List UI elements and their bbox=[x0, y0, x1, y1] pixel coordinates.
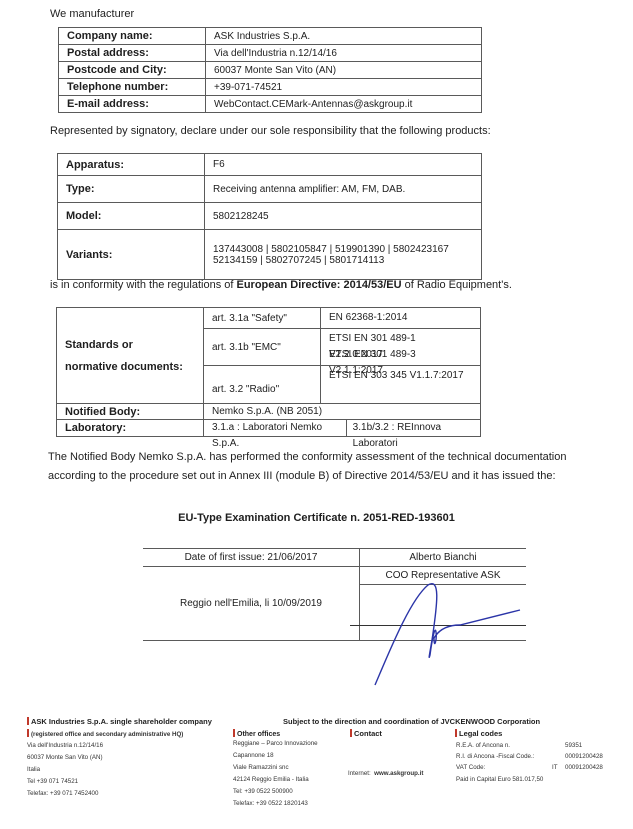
legal-heading: Legal codes bbox=[455, 729, 502, 738]
legal-value: 00091200428 bbox=[565, 753, 603, 760]
internet-label: Internet: bbox=[348, 770, 371, 777]
table-row: Apparatus:F6 bbox=[58, 154, 482, 176]
accent-bar bbox=[27, 729, 29, 737]
table-row: Company name:ASK Industries S.p.A. bbox=[59, 28, 482, 45]
legal-prefix: IT bbox=[552, 764, 558, 771]
table-row: Date of first issue: 21/06/2017 Alberto … bbox=[143, 549, 526, 567]
company-name-label: Company name: bbox=[59, 28, 206, 45]
registered-heading: (registered office and secondary adminis… bbox=[27, 729, 183, 738]
registered-line: Via dell'Industria n.12/14/16 bbox=[27, 742, 103, 749]
email-label: E-mail address: bbox=[59, 96, 206, 113]
norm-item: EN 62368-1:2014 bbox=[329, 310, 472, 326]
legal-label: R.I. di Ancona -Fiscal Code.: bbox=[456, 753, 534, 760]
legal-heading-text: Legal codes bbox=[459, 729, 502, 738]
postcode-city-label: Postcode and City: bbox=[59, 62, 206, 79]
apparatus-label: Apparatus: bbox=[58, 154, 205, 176]
laboratory-label: Laboratory: bbox=[57, 420, 204, 437]
postal-address-label: Postal address: bbox=[59, 45, 206, 62]
internet-link[interactable]: www.askgroup.it bbox=[374, 770, 423, 777]
legal-value: 00091200428 bbox=[565, 764, 603, 771]
laboratory-value-1: 3.1.a : Laboratori Nemko S.p.A. bbox=[204, 420, 347, 436]
declaration-text: Represented by signatory, declare under … bbox=[50, 125, 491, 137]
legal-value: 59351 bbox=[565, 742, 582, 749]
notified-body-value: Nemko S.p.A. (NB 2051) bbox=[204, 404, 481, 420]
accent-bar bbox=[455, 729, 457, 737]
certificate-title: EU-Type Examination Certificate n. 2051-… bbox=[0, 512, 633, 524]
norm-radio: ETSI EN 303 345 V1.1.7:2017 bbox=[321, 366, 481, 404]
handwritten-signature bbox=[360, 580, 540, 690]
telephone-label: Telephone number: bbox=[59, 79, 206, 96]
standards-table: Standards ornormative documents: art. 3.… bbox=[56, 307, 481, 437]
registered-line: 60037 Monte San Vito (AN) bbox=[27, 754, 103, 761]
table-row: Postcode and City:60037 Monte San Vito (… bbox=[59, 62, 482, 79]
table-row: Notified Body: Nemko S.p.A. (NB 2051) bbox=[57, 404, 481, 420]
conformity-suffix: of Radio Equipment's. bbox=[402, 279, 512, 291]
laboratory-values: 3.1.a : Laboratori Nemko S.p.A. 3.1b/3.2… bbox=[204, 420, 481, 437]
standards-label-line-1: Standards or bbox=[65, 334, 195, 356]
apparatus-value: F6 bbox=[205, 154, 482, 176]
intro-text: We manufacturer bbox=[50, 8, 134, 20]
article-emc: art. 3.1b "EMC" bbox=[204, 329, 321, 366]
norm-item: ETSI EN 301 489-1 V2.2.0:2017 bbox=[329, 331, 472, 347]
legal-label: R.E.A. of Ancona n. bbox=[456, 742, 510, 749]
other-offices-heading-text: Other offices bbox=[237, 731, 280, 738]
other-office-line: Tel: +39 0522 500900 bbox=[233, 788, 293, 795]
model-label: Model: bbox=[58, 203, 205, 230]
type-value: Receiving antenna amplifier: AM, FM, DAB… bbox=[205, 176, 482, 203]
email-value: WebContact.CEMark-Antennas@askgroup.it bbox=[206, 96, 482, 113]
variants-value: 137443008 | 5802105847 | 519901390 | 580… bbox=[205, 230, 482, 280]
standards-label-line-2: normative documents: bbox=[65, 356, 195, 378]
table-row: Model:5802128245 bbox=[58, 203, 482, 230]
type-label: Type: bbox=[58, 176, 205, 203]
footer-subject-line: Subject to the direction and coordinatio… bbox=[283, 717, 540, 726]
other-office-line: Reggiane – Parco Innovazione bbox=[233, 740, 318, 747]
norm-item: ETSI EN 301 489-3 V2.1.1:2017 bbox=[329, 347, 472, 363]
article-safety: art. 3.1a "Safety" bbox=[204, 308, 321, 329]
conformity-prefix: is in conformity with the regulations of bbox=[50, 279, 236, 291]
company-line-text: ASK Industries S.p.A. single shareholder… bbox=[31, 717, 212, 726]
other-office-line: Viale Ramazzini snc bbox=[233, 764, 289, 771]
signer-name: Alberto Bianchi bbox=[360, 549, 527, 567]
table-row: Standards ornormative documents: art. 3.… bbox=[57, 308, 481, 329]
paid-in-capital: Paid in Capital Euro 581.017,50 bbox=[456, 776, 543, 783]
signature-stroke bbox=[375, 584, 520, 685]
assessment-line-2: according to the procedure set out in An… bbox=[48, 470, 556, 482]
contact-heading: Contact bbox=[350, 729, 382, 738]
other-office-line: 42124 Reggio Emilia - Italia bbox=[233, 776, 309, 783]
notified-body-label: Notified Body: bbox=[57, 404, 204, 420]
table-row: Type:Receiving antenna amplifier: AM, FM… bbox=[58, 176, 482, 203]
standards-label: Standards ornormative documents: bbox=[57, 308, 204, 404]
variants-line-2: 52134159 | 5802707245 | 5801714113 bbox=[213, 255, 473, 266]
article-radio: art. 3.2 "Radio" bbox=[204, 366, 321, 404]
internet-contact: Internet: www.askgroup.it bbox=[348, 770, 423, 777]
other-office-line: Capannone 18 bbox=[233, 752, 274, 759]
other-office-line: Telefax: +39 0522 1820143 bbox=[233, 800, 308, 807]
postal-address-value: Via dell'Industria n.12/14/16 bbox=[206, 45, 482, 62]
table-row: Variants:137443008 | 5802105847 | 519901… bbox=[58, 230, 482, 280]
place-date: Reggio nell'Emilia, li 10/09/2019 bbox=[143, 567, 360, 641]
telephone-value: +39-071-74521 bbox=[206, 79, 482, 96]
assessment-line-1: The Notified Body Nemko S.p.A. has perfo… bbox=[48, 451, 566, 463]
norm-item: ETSI EN 303 345 V1.1.7:2017 bbox=[329, 368, 472, 384]
variants-label: Variants: bbox=[58, 230, 205, 280]
norm-emc: ETSI EN 301 489-1 V2.2.0:2017ETSI EN 301… bbox=[321, 329, 481, 366]
contact-heading-text: Contact bbox=[354, 729, 382, 738]
table-row: E-mail address:WebContact.CEMark-Antenna… bbox=[59, 96, 482, 113]
postcode-city-value: 60037 Monte San Vito (AN) bbox=[206, 62, 482, 79]
registered-heading-text: (registered office and secondary adminis… bbox=[31, 731, 183, 738]
table-row: Telephone number:+39-071-74521 bbox=[59, 79, 482, 96]
norm-safety: EN 62368-1:2014 bbox=[321, 308, 481, 329]
table-row: Postal address:Via dell'Industria n.12/1… bbox=[59, 45, 482, 62]
footer-company-line: ASK Industries S.p.A. single shareholder… bbox=[27, 717, 212, 726]
date-first-issue: Date of first issue: 21/06/2017 bbox=[143, 549, 360, 567]
legal-label: VAT Code: bbox=[456, 764, 485, 771]
product-table: Apparatus:F6 Type:Receiving antenna ampl… bbox=[57, 153, 482, 280]
registered-line: Italia bbox=[27, 766, 40, 773]
directive-name: European Directive: 2014/53/EU bbox=[236, 279, 401, 291]
company-name-value: ASK Industries S.p.A. bbox=[206, 28, 482, 45]
table-row: Laboratory: 3.1.a : Laboratori Nemko S.p… bbox=[57, 420, 481, 437]
conformity-text: is in conformity with the regulations of… bbox=[50, 279, 512, 291]
other-offices-heading: Other offices bbox=[233, 729, 280, 738]
accent-bar bbox=[233, 729, 235, 737]
accent-bar bbox=[27, 717, 29, 725]
registered-line: Tel +39 071 74521 bbox=[27, 778, 78, 785]
manufacturer-table: Company name:ASK Industries S.p.A. Posta… bbox=[58, 27, 482, 113]
variants-line-1: 137443008 | 5802105847 | 519901390 | 580… bbox=[213, 244, 473, 255]
laboratory-value-2: 3.1b/3.2 : REInnova Laboratori bbox=[347, 420, 480, 436]
accent-bar bbox=[350, 729, 352, 737]
model-value: 5802128245 bbox=[205, 203, 482, 230]
registered-line: Telefax: +39 071 7452400 bbox=[27, 790, 98, 797]
